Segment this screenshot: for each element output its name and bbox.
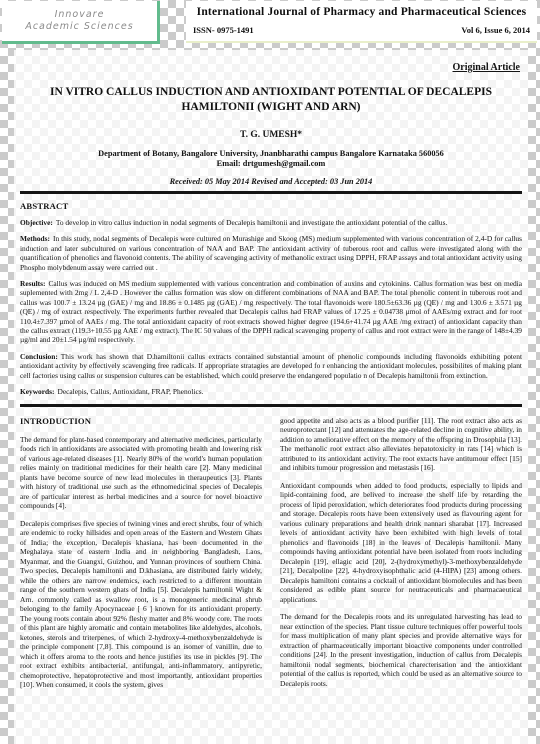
- intro-paragraph: The demand for plant-based contemporary …: [20, 435, 262, 511]
- abstract-conclusion-text: This work has shown that D.hamiltonii ca…: [20, 352, 522, 380]
- keywords-label: Keywords:: [20, 387, 55, 396]
- introduction-heading: INTRODUCTION: [20, 416, 262, 426]
- abstract-methods: Methods:In this study, nodal segments of…: [20, 234, 522, 272]
- intro-paragraph: Decalepis comprises five species of twin…: [20, 519, 262, 690]
- journal-header: International Journal of Pharmacy and Ph…: [186, 1, 537, 43]
- publisher-logo: Innovare Academic Sciences: [2, 1, 160, 44]
- journal-page: { "header": { "logo": { "line1": "Innova…: [0, 0, 540, 744]
- author-email: Email: drtgumesh@gmail.com: [20, 159, 522, 168]
- author-name: T. G. UMESH*: [20, 130, 522, 140]
- logo-text-line1: Innovare: [55, 9, 105, 21]
- intro-paragraph: good appetite and also acts as a blood p…: [280, 416, 522, 473]
- abstract-conclusion: Conclusion:This work has shown that D.ha…: [20, 352, 522, 380]
- left-column: INTRODUCTION The demand for plant-based …: [20, 416, 262, 698]
- right-column: good appetite and also acts as a blood p…: [280, 416, 522, 698]
- abstract-conclusion-label: Conclusion:: [20, 352, 58, 361]
- keywords-text: Decalepis, Callus, Antioxidant, FRAP, Ph…: [58, 387, 204, 396]
- author-affiliation: Department of Botany, Bangalore Universi…: [20, 149, 522, 158]
- abstract-results: Results:Callus was induced on MS medium …: [20, 279, 522, 345]
- divider-top: [20, 191, 522, 194]
- received-dates: Received: 05 May 2014 Revised and Accept…: [20, 177, 522, 186]
- intro-paragraph: Antioxidant compounds when added to food…: [280, 481, 522, 605]
- abstract-heading: ABSTRACT: [20, 201, 522, 211]
- journal-meta-row: ISSN- 0975-1491 Vol 6, Issue 6, 2014: [193, 25, 530, 35]
- article-type-label: Original Article: [20, 62, 520, 73]
- abstract-methods-label: Methods:: [20, 234, 50, 243]
- logo-text-line2: Academic Sciences: [25, 21, 133, 33]
- journal-title: International Journal of Pharmacy and Ph…: [193, 6, 530, 19]
- abstract-results-label: Results:: [20, 279, 45, 288]
- abstract-methods-text: In this study, nodal segments of Decalep…: [20, 234, 522, 271]
- abstract-objective: Objective:To develop in vitro callus ind…: [20, 218, 522, 227]
- abstract-objective-label: Objective:: [20, 218, 53, 227]
- keywords-line: Keywords:Decalepis, Callus, Antioxidant,…: [20, 387, 522, 396]
- volume-issue: Vol 6, Issue 6, 2014: [461, 25, 530, 35]
- issn-number: ISSN- 0975-1491: [193, 25, 254, 35]
- divider-abstract-bottom: [20, 404, 522, 407]
- two-column-body: INTRODUCTION The demand for plant-based …: [20, 416, 522, 698]
- abstract-objective-text: To develop in vitro callus induction in …: [56, 218, 448, 227]
- article-title: IN VITRO CALLUS INDUCTION AND ANTIOXIDAN…: [26, 85, 516, 114]
- paper-sheet: Original Article IN VITRO CALLUS INDUCTI…: [14, 50, 528, 744]
- intro-paragraph: The demand for the Decalepis roots and i…: [280, 612, 522, 688]
- abstract-results-text: Callus was induced on MS medium suppleme…: [20, 279, 522, 344]
